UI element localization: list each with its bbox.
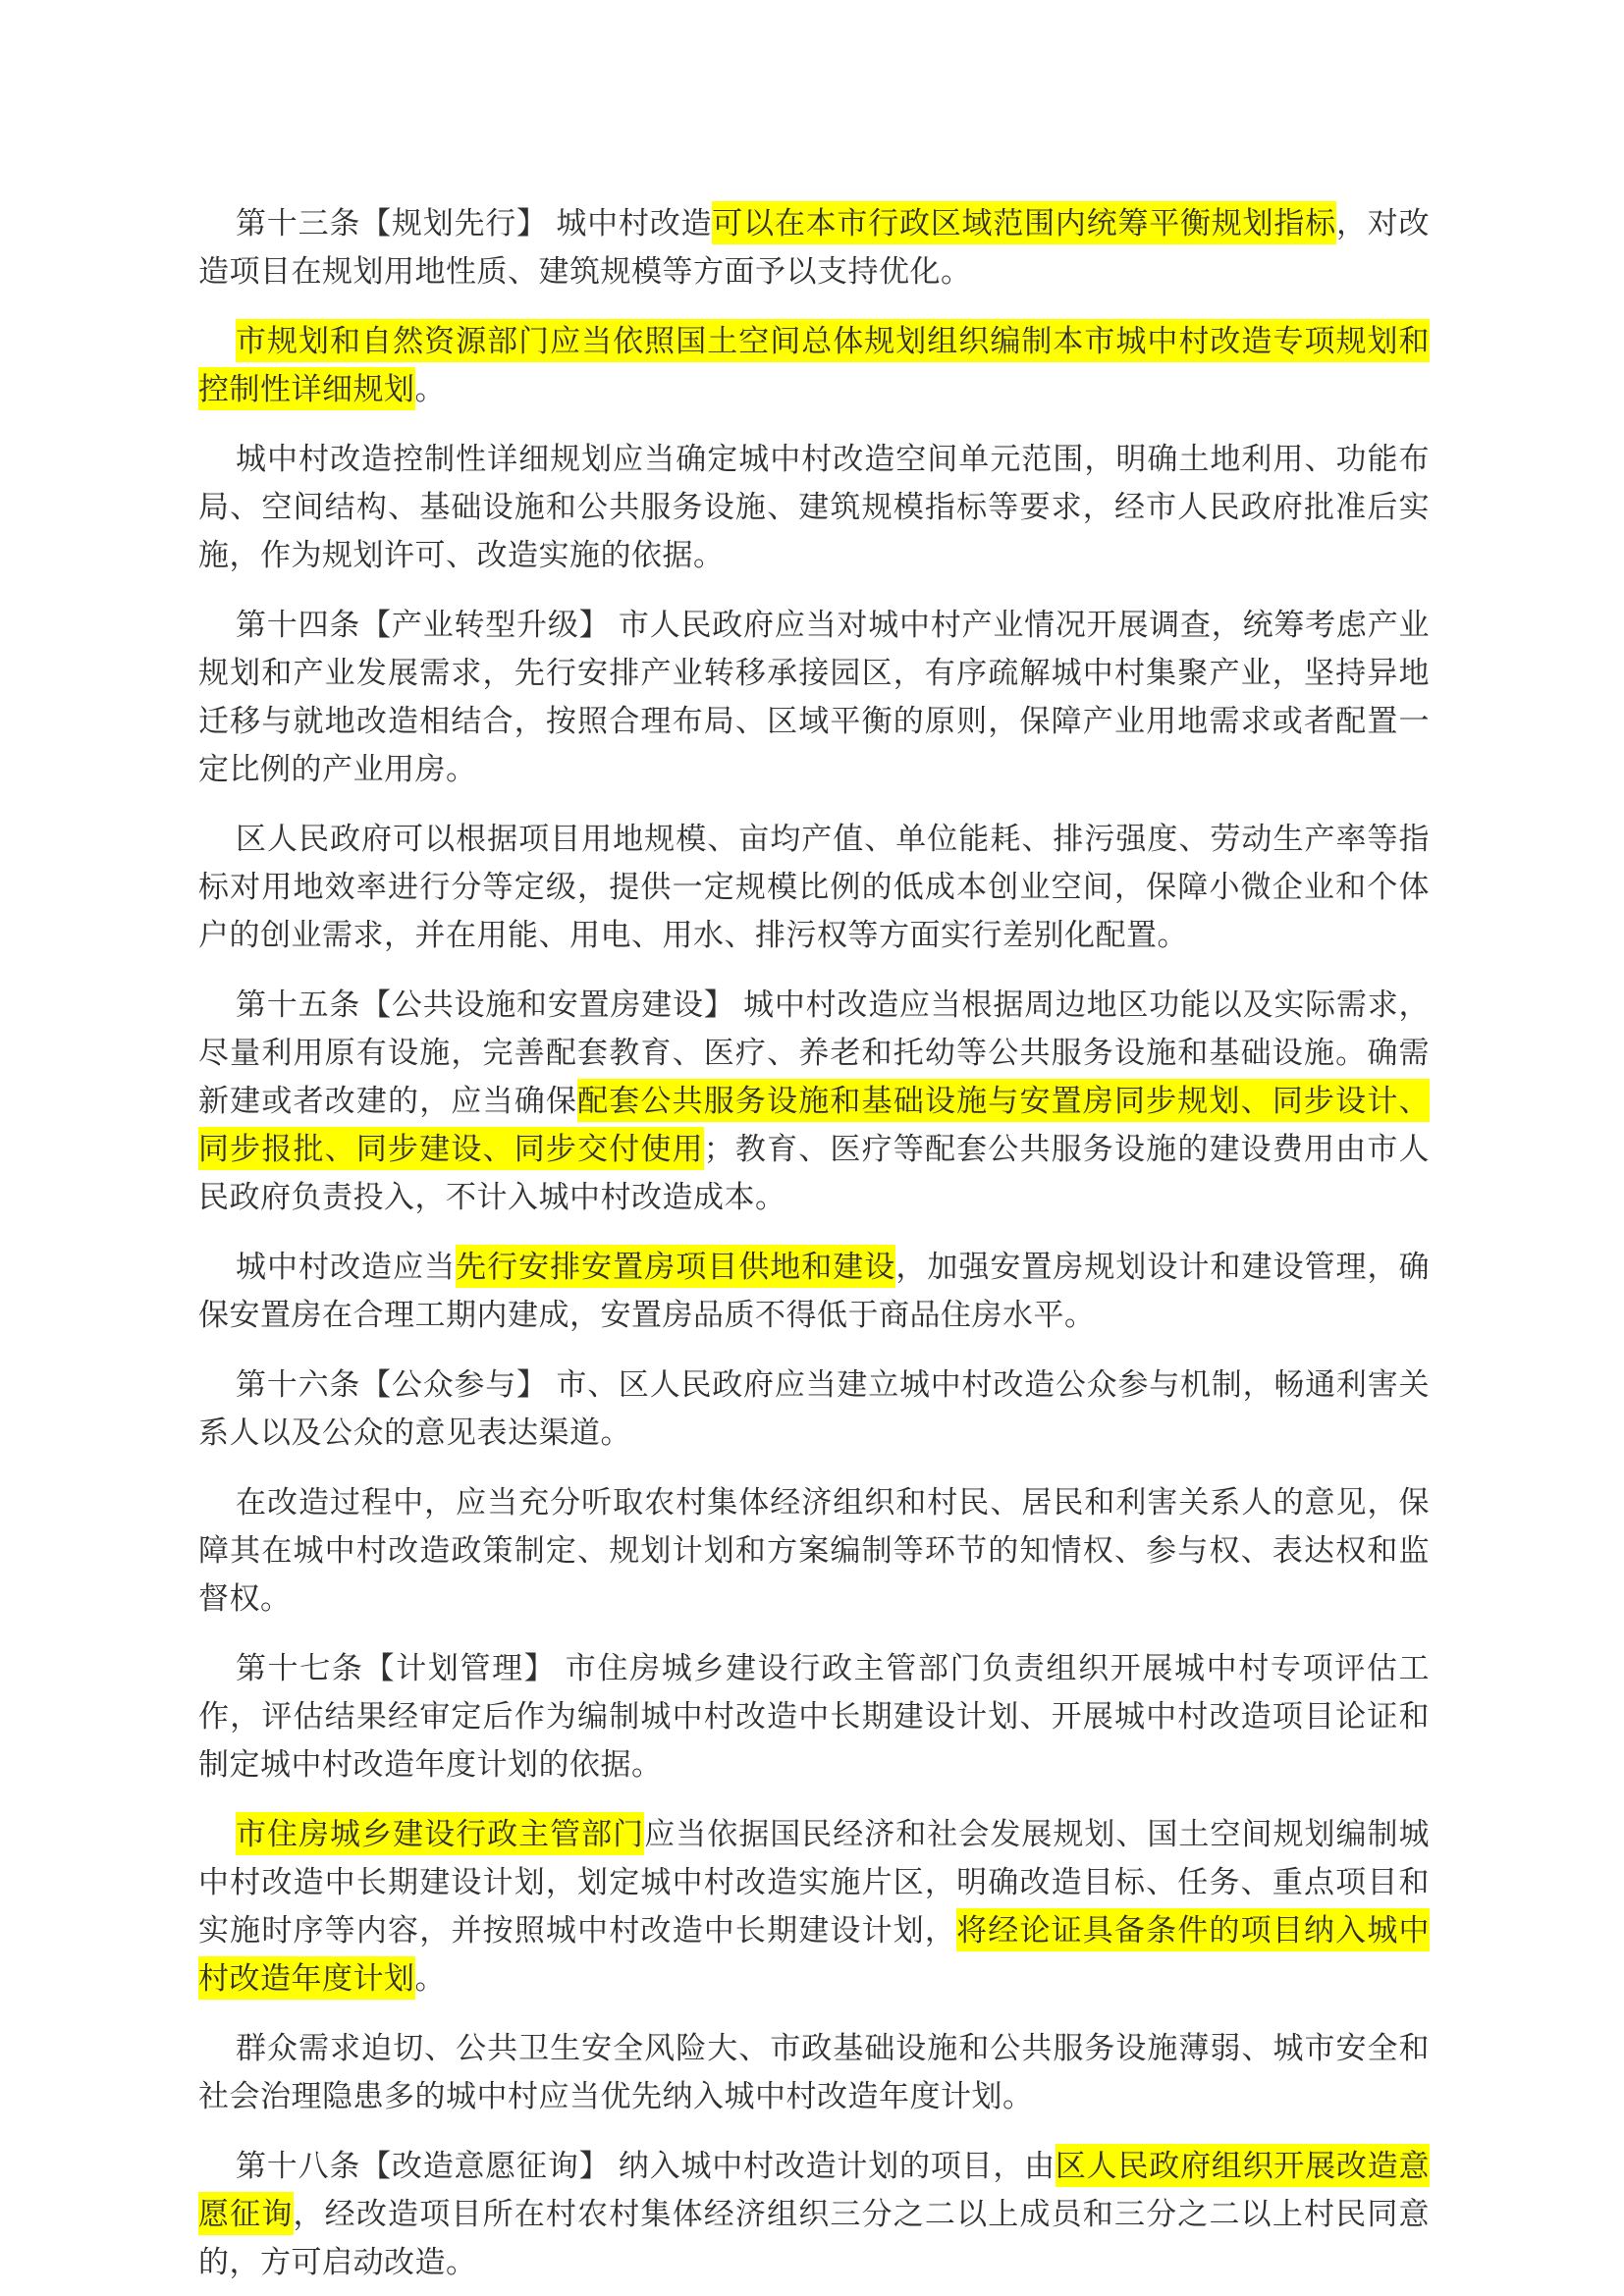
paragraph-12: 群众需求迫切、公共卫生安全风险大、市政基础设施和公共服务设施薄弱、城市安全和社会… — [198, 2024, 1430, 2120]
document-page: 第十三条【规划先行】 城中村改造可以在本市行政区域范围内统筹平衡规划指标，对改造… — [0, 0, 1624, 2296]
text-run: 。 — [415, 372, 447, 406]
text-run: 第十六条【公众参与】 市、区人民政府应当建立城中村改造公众参与机制，畅通利害关系… — [198, 1367, 1430, 1450]
paragraph-13: 第十八条【改造意愿征询】 纳入城中村改造计划的项目，由区人民政府组织开展改造意愿… — [198, 2142, 1430, 2286]
text-run: 在改造过程中，应当充分听取农村集体经济组织和村民、居民和利害关系人的意见，保障其… — [198, 1485, 1430, 1616]
paragraph-11: 市住房城乡建设行政主管部门应当依据国民经济和社会发展规划、国土空间规划编制城中村… — [198, 1810, 1430, 2002]
text-run: 第十八条【改造意愿征询】 纳入城中村改造计划的项目，由 — [236, 2149, 1056, 2183]
text-run: 城中村改造控制性详细规划应当确定城中村改造空间单元范围，明确土地利用、功能布局、… — [198, 442, 1430, 572]
paragraph-10: 第十七条【计划管理】 市住房城乡建设行政主管部门负责组织开展城中村专项评估工作，… — [198, 1644, 1430, 1789]
document-body: 第十三条【规划先行】 城中村改造可以在本市行政区域范围内统筹平衡规划指标，对改造… — [198, 199, 1430, 2286]
paragraph-5: 区人民政府可以根据项目用地规模、亩均产值、单位能耗、排污强度、劳动生产率等指标对… — [198, 815, 1430, 959]
highlighted-text: 市住房城乡建设行政主管部门 — [236, 1812, 644, 1855]
paragraph-7: 城中村改造应当先行安排安置房项目供地和建设，加强安置房规划设计和建设管理，确保安… — [198, 1243, 1430, 1339]
highlighted-text: 先行安排安置房项目供地和建设 — [456, 1245, 895, 1288]
text-run: ，经改造项目所在村农村集体经济组织三分之二以上成员和三分之二以上村民同意的，方可… — [198, 2197, 1430, 2279]
paragraph-1: 第十三条【规划先行】 城中村改造可以在本市行政区域范围内统筹平衡规划指标，对改造… — [198, 199, 1430, 295]
text-run: 第十三条【规划先行】 城中村改造 — [236, 206, 712, 240]
text-run: 第十七条【计划管理】 市住房城乡建设行政主管部门负责组织开展城中村专项评估工作，… — [198, 1651, 1430, 1782]
text-run: 。 — [415, 1961, 447, 1996]
paragraph-2: 市规划和自然资源部门应当依照国土空间总体规划组织编制本市城中村改造专项规划和控制… — [198, 317, 1430, 413]
text-run: 城中村改造应当 — [236, 1250, 456, 1284]
text-run: 第十四条【产业转型升级】 市人民政府应当对城中村产业情况开展调查，统筹考虑产业规… — [198, 608, 1430, 786]
paragraph-4: 第十四条【产业转型升级】 市人民政府应当对城中村产业情况开展调查，统筹考虑产业规… — [198, 601, 1430, 793]
paragraph-9: 在改造过程中，应当充分听取农村集体经济组织和村民、居民和利害关系人的意见，保障其… — [198, 1478, 1430, 1623]
highlighted-text: 可以在本市行政区域范围内统筹平衡规划指标 — [712, 201, 1336, 244]
paragraph-8: 第十六条【公众参与】 市、区人民政府应当建立城中村改造公众参与机制，畅通利害关系… — [198, 1361, 1430, 1457]
text-run: 群众需求迫切、公共卫生安全风险大、市政基础设施和公共服务设施薄弱、城市安全和社会… — [198, 2031, 1430, 2113]
text-run: 区人民政府可以根据项目用地规模、亩均产值、单位能耗、排污强度、劳动生产率等指标对… — [198, 822, 1430, 952]
paragraph-6: 第十五条【公共设施和安置房建设】 城中村改造应当根据周边地区功能以及实际需求，尽… — [198, 981, 1430, 1221]
paragraph-3: 城中村改造控制性详细规划应当确定城中村改造空间单元范围，明确土地利用、功能布局、… — [198, 435, 1430, 579]
highlighted-text: 市规划和自然资源部门应当依照国土空间总体规划组织编制本市城中村改造专项规划和控制… — [198, 319, 1430, 410]
